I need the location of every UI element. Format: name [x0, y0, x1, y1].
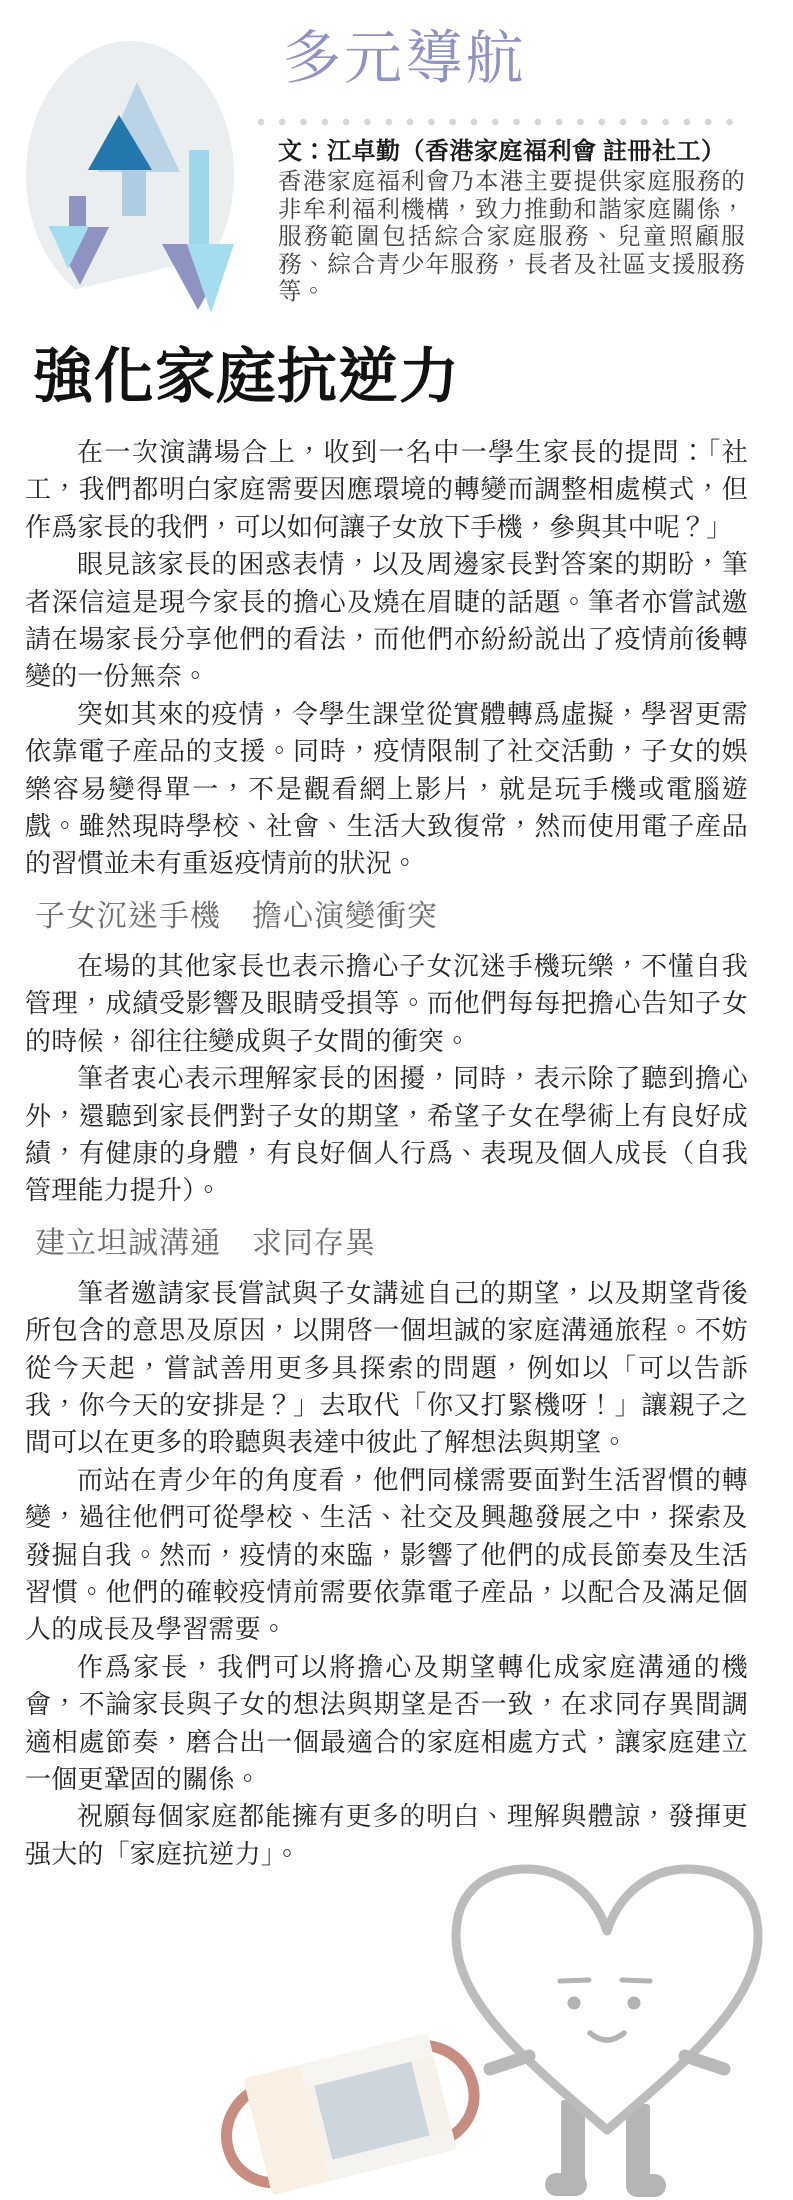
- article-page: 多元導航 文：江卓勤（香港家庭福利會 註冊社工） 香港家庭福利會乃本港主要提供家…: [0, 0, 793, 2200]
- paragraph: 突如其來的疫情，令學生課堂從實體轉爲虛擬，學習更需依靠電子産品的支援。同時，疫情…: [25, 696, 748, 883]
- author-byline: 文：江卓勤（香港家庭福利會 註冊社工）: [278, 138, 748, 166]
- section-heading-honest-communication: 建立坦誠溝通 求同存異: [35, 1228, 748, 1260]
- paragraph: 在場的其他家長也表示擔心子女沉迷手機玩樂，不懂自我管理，成績受影響及眼睛受損等。…: [25, 948, 748, 1060]
- paragraph: 作爲家長，我們可以將擔心及期望轉化成家庭溝通的機會，不論家長與子女的想法與期望是…: [25, 1649, 748, 1799]
- heart-outline: [456, 1869, 758, 2130]
- paragraph: 在一次演講場合上，收到一名中一學生家長的提問：「社工，我們都明白家庭需要因應環境…: [25, 434, 748, 546]
- heart-character-illustration: [140, 1840, 793, 2200]
- article-body: 在一次演講場合上，收到一名中一學生家長的提問：「社工，我們都明白家庭需要因應環境…: [25, 434, 748, 1873]
- section-heading-mobile-addiction: 子女沉迷手機 擔心演變衝突: [35, 901, 748, 933]
- paragraph: 眼見該家長的困惑表情，以及周邊家長對答案的期盼，筆者深信這是現今家長的擔心及燒在…: [25, 546, 748, 696]
- paragraph: 筆者邀請家長嘗試與子女講述自己的期望，以及期望背後所包含的意思及原因，以開啓一個…: [25, 1275, 748, 1462]
- paragraph: 筆者衷心表示理解家長的困擾，同時，表示除了聽到擔心外，還聽到家長們對子女的期望，…: [25, 1060, 748, 1210]
- dotted-divider: [256, 117, 745, 128]
- organisation-intro: 香港家庭福利會乃本港主要提供家庭服務的非牟利福利機構，致力推動和諧家庭關係，服務…: [278, 168, 745, 306]
- article-title: 強化家庭抗逆力: [33, 344, 460, 410]
- face-mask-illustration: [213, 2025, 487, 2200]
- column-title: 多元導航: [283, 26, 527, 92]
- paragraph: 而站在青少年的角度看，他們同樣需要面對生活習慣的轉變，過往他們可從學校、生活、社…: [25, 1462, 748, 1649]
- updown-arrows-logo-icon: [0, 20, 250, 330]
